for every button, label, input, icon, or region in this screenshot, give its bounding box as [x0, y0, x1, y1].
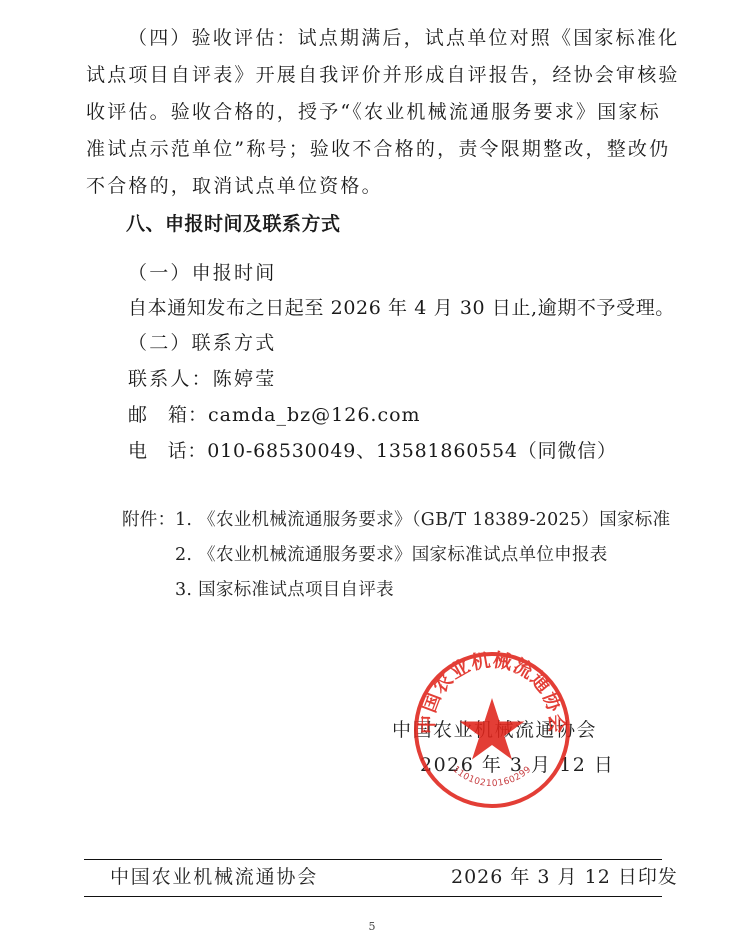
- contact-person: 联系人：陈婷莹: [128, 367, 276, 391]
- paragraph-line: 准试点示范单位”称号；验收不合格的，责令限期整改，整改仍: [86, 137, 670, 161]
- attachment-item: 3. 国家标准试点项目自评表: [175, 578, 394, 602]
- attachment-item: 1. 《农业机械流通服务要求》（GB/T 18389-2025）国家标准: [175, 508, 670, 532]
- footer-bottom-rule: [84, 896, 662, 897]
- svg-text:11010210160299: 11010210160299: [450, 765, 533, 790]
- page-number: 5: [0, 920, 744, 933]
- subsection-title: （一）申报时间: [128, 261, 276, 285]
- paragraph-line: （四）验收评估：试点期满后，试点单位对照《国家标准化: [128, 26, 679, 50]
- deadline-text: 自本通知发布之日起至 2026 年 4 月 30 日止,逾期不予受理。: [128, 296, 675, 320]
- official-seal-icon: 中国农业机械流通协会 11010210160299: [412, 650, 572, 810]
- contact-email: 邮 箱：camda_bz@126.com: [128, 403, 421, 427]
- seal-serial: 11010210160299: [450, 765, 533, 790]
- footer-issuer: 中国农业机械流通协会: [110, 865, 318, 889]
- subsection-title: （二）联系方式: [128, 331, 276, 355]
- attachment-item: 2. 《农业机械流通服务要求》国家标准试点单位申报表: [175, 543, 608, 567]
- footer-top-rule: [84, 859, 662, 860]
- paragraph-line: 试点项目自评表》开展自我评价并形成自评报告，经协会审核验: [86, 63, 680, 87]
- footer-issue-date: 2026 年 3 月 12 日印发: [451, 865, 678, 889]
- paragraph-line: 收评估。验收合格的，授予“《农业机械流通服务要求》国家标: [86, 100, 661, 124]
- section-heading: 八、申报时间及联系方式: [126, 212, 341, 236]
- contact-phone: 电 话：010-68530049、13581860554（同微信）: [128, 439, 617, 463]
- attachments-label: 附件：: [122, 508, 175, 532]
- paragraph-line: 不合格的，取消试点单位资格。: [86, 174, 383, 198]
